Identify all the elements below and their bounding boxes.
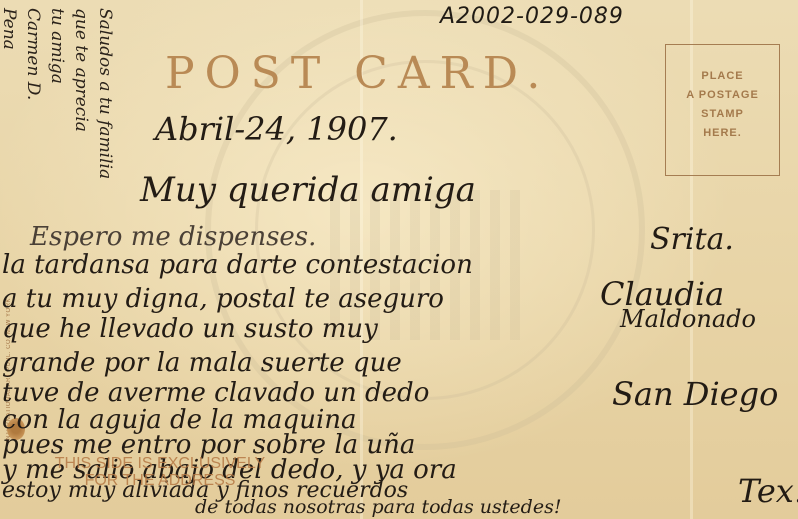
margin-note-line: que te aprecia bbox=[69, 8, 93, 179]
message-line: a tu muy digna, postal te aseguro bbox=[2, 284, 444, 314]
message-salutation: Muy querida amiga bbox=[140, 170, 476, 210]
stamp-box-line: STAMP bbox=[701, 105, 744, 124]
address-state: Tex. bbox=[738, 472, 798, 510]
address-side-notice: THIS SIDE IS EXCLUSIVELY FOR THE ADDRESS bbox=[30, 455, 290, 489]
stamp-box-line: HERE. bbox=[703, 124, 742, 143]
address-last-name: Maldonado bbox=[620, 305, 756, 333]
postcard: A2002-029-089 POST CARD. PLACE A POSTAGE… bbox=[0, 0, 798, 519]
message-line: Espero me dispenses. bbox=[30, 222, 316, 252]
message-line: tuve de averme clavado un dedo bbox=[2, 378, 429, 408]
margin-note-line: Saludos a tu familia bbox=[93, 8, 117, 179]
message-line: que he llevado un susto muy bbox=[2, 314, 378, 344]
address-side-notice-line: THIS SIDE IS EXCLUSIVELY bbox=[30, 455, 290, 472]
address-side-notice-line: FOR THE ADDRESS bbox=[30, 472, 290, 489]
margin-note-line: tu amiga bbox=[45, 8, 69, 179]
message-line: grande por la mala suerte que bbox=[2, 348, 402, 378]
stamp-box-line: A POSTAGE bbox=[686, 86, 759, 105]
message-line: la tardansa para darte contestacion bbox=[2, 250, 473, 280]
message-date: Abril-24, 1907. bbox=[155, 110, 398, 148]
accession-number: A2002-029-089 bbox=[440, 4, 624, 29]
margin-note: Saludos a tu familia que te aprecia tu a… bbox=[0, 8, 117, 179]
address-city: San Diego bbox=[612, 375, 778, 413]
postcard-title: POST CARD. bbox=[165, 48, 550, 99]
margin-note-line: Pena bbox=[0, 8, 21, 179]
address-title: Srita. bbox=[650, 222, 734, 257]
margin-note-line: Carmen D. bbox=[21, 8, 45, 179]
stamp-box: PLACE A POSTAGE STAMP HERE. bbox=[665, 44, 780, 176]
message-line: de todas nosotras para todas ustedes! bbox=[195, 496, 561, 518]
stamp-box-line: PLACE bbox=[701, 67, 743, 86]
